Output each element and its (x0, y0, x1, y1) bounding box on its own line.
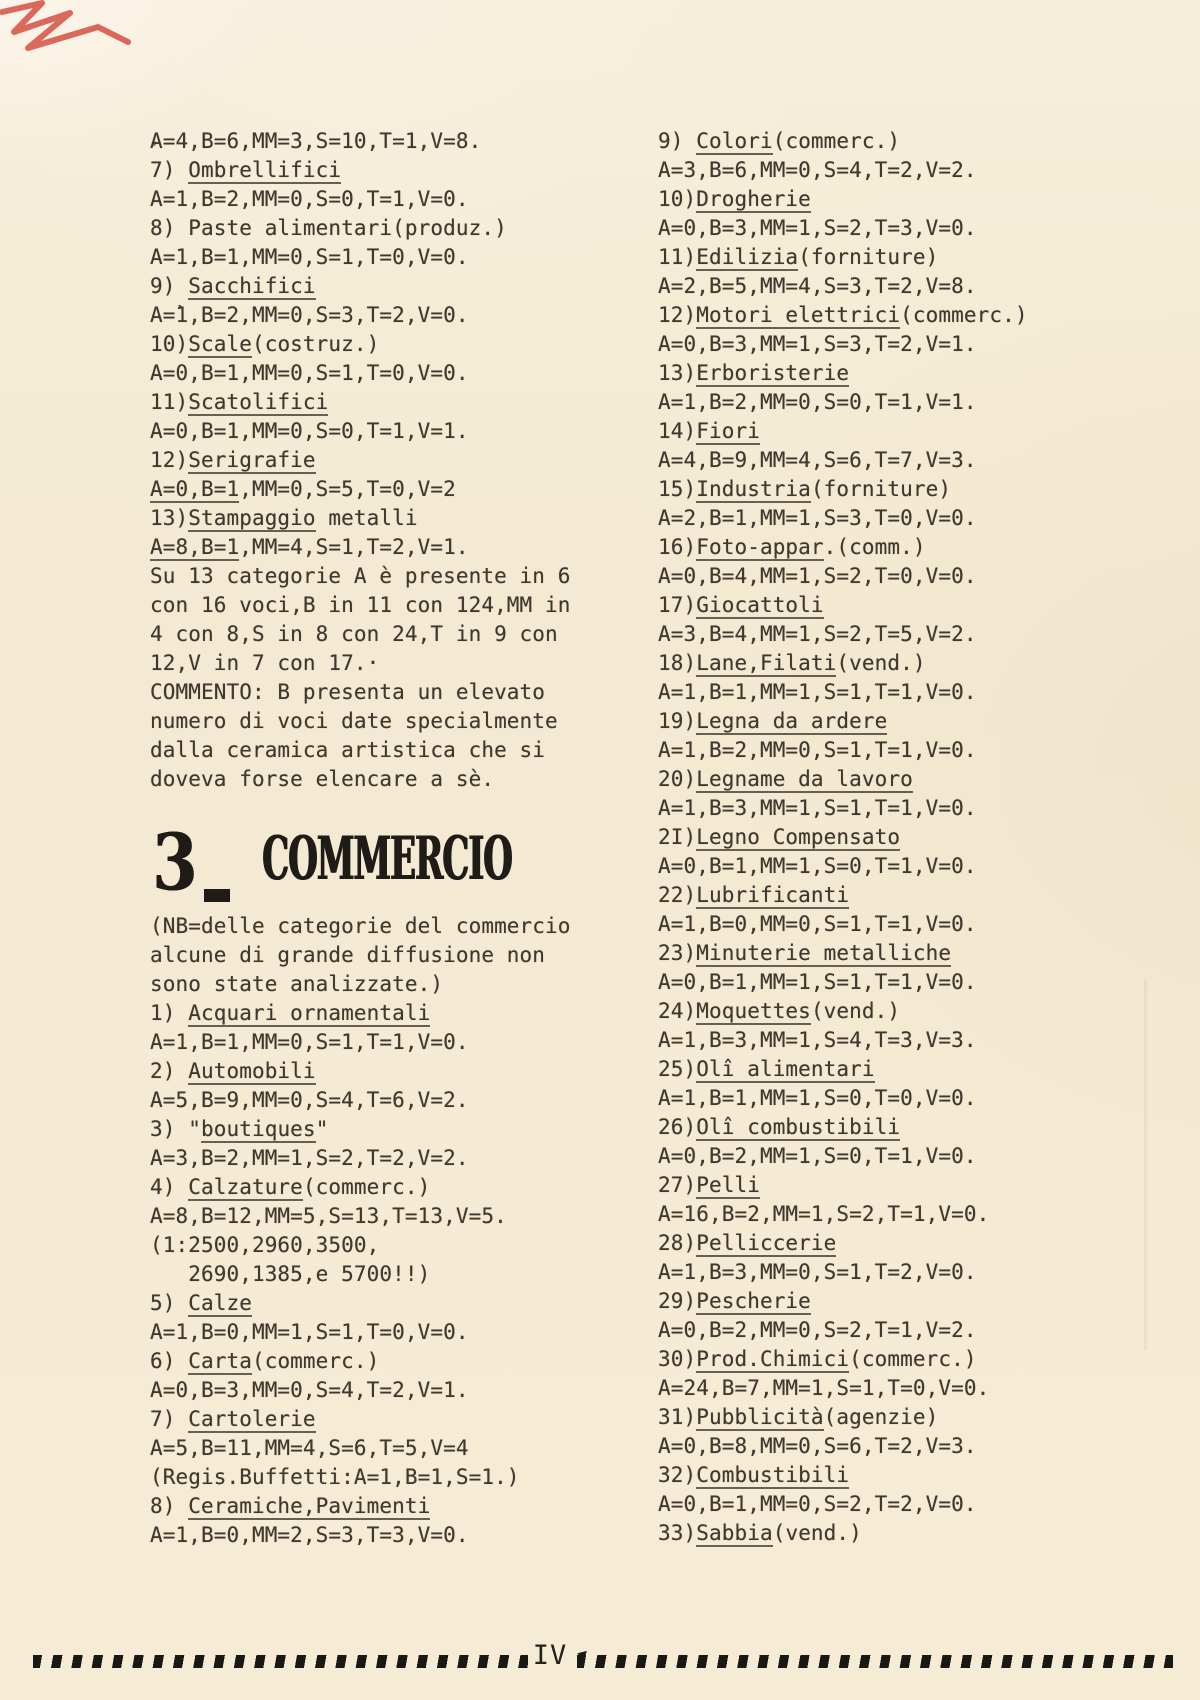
text-line: A=1,B=1,MM=1,S=0,T=0,V=0. (658, 1084, 1168, 1113)
text-line: A=16,B=2,MM=1,S=2,T=1,V=0. (658, 1200, 1168, 1229)
text-line: 33)Sabbia(vend.) (658, 1519, 1168, 1548)
text-line: numero di voci date specialmente (150, 707, 640, 736)
text-line: 32)Combustibili (658, 1461, 1168, 1490)
text-line: 4) Calzature(commerc.) (150, 1173, 640, 1202)
left-column: A=4,B=6,MM=3,S=10,T=1,V=8.7) Ombrellific… (150, 127, 640, 1550)
text-line: 11)Edilizia(forniture) (658, 243, 1168, 272)
text-line: 23)Minuterie metalliche (658, 939, 1168, 968)
red-pen-marks (0, 0, 150, 60)
section-title: COMMERCIO (262, 830, 512, 890)
text-line: (NB=delle categorie del commercio (150, 912, 640, 941)
text-line: 10)Scale(costruz.) (150, 330, 640, 359)
text-line: 13)Erboristerie (658, 359, 1168, 388)
text-line: A=0,B=3,MM=1,S=2,T=3,V=0. (658, 214, 1168, 243)
text-line: A=5,B=9,MM=0,S=4,T=6,V=2. (150, 1086, 640, 1115)
text-line: 6) Carta(commerc.) (150, 1347, 640, 1376)
text-line: A=3,B=4,MM=1,S=2,T=5,V=2. (658, 620, 1168, 649)
text-line: 9) Colori(commerc.) (658, 127, 1168, 156)
text-line: A=0,B=4,MM=1,S=2,T=0,V=0. (658, 562, 1168, 591)
text-line: 25)Olî alimentari (658, 1055, 1168, 1084)
text-line: 8) Ceramiche,Pavimenti (150, 1492, 640, 1521)
text-line: 2I)Legno Compensato (658, 823, 1168, 852)
text-line: A=1,B=3,MM=0,S=1,T=2,V=0. (658, 1258, 1168, 1287)
text-line: A=8,B=12,MM=5,S=13,T=13,V=5. (150, 1202, 640, 1231)
text-line: A=0,B=2,MM=1,S=0,T=1,V=0. (658, 1142, 1168, 1171)
text-line: A=4,B=9,MM=4,S=6,T=7,V=3. (658, 446, 1168, 475)
text-line: A=1,B=3,MM=1,S=1,T=1,V=0. (658, 794, 1168, 823)
industry-stats-block: A=4,B=6,MM=3,S=10,T=1,V=8.7) Ombrellific… (150, 127, 640, 794)
text-line: A=1,B=2,MM=0,S=1,T=1,V=0. (658, 736, 1168, 765)
text-line: A=1,B=0,MM=1,S=1,T=0,V=0. (150, 1318, 640, 1347)
text-line: 11)Scatolifici (150, 388, 640, 417)
text-line: 10)Drogherie (658, 185, 1168, 214)
text-line: 22)Lubrificanti (658, 881, 1168, 910)
text-line: con 16 voci,B in 11 con 124,MM in (150, 591, 640, 620)
text-line: A=1,B=2,MM=0,S=0,T=1,V=0. (150, 185, 640, 214)
text-line: 29)Pescherie (658, 1287, 1168, 1316)
section-number-period (204, 889, 230, 902)
text-line: A=1,B=0,MM=0,S=1,T=1,V=0. (658, 910, 1168, 939)
text-line: A=1,B=0,MM=2,S=3,T=3,V=0. (150, 1521, 640, 1550)
text-line: 27)Pelli (658, 1171, 1168, 1200)
commerce-list-right-block: 9) Colori(commerc.)A=3,B=6,MM=0,S=4,T=2,… (658, 127, 1168, 1548)
text-line: A=1,B=1,MM=1,S=1,T=1,V=0. (658, 678, 1168, 707)
text-line: A=0,B=1,MM=0,S=2,T=2,V=0. (658, 1490, 1168, 1519)
text-line: doveva forse elencare a sè. (150, 765, 640, 794)
text-line: 4 con 8,S in 8 con 24,T in 9 con (150, 620, 640, 649)
text-line: A=5,B=11,MM=4,S=6,T=5,V=4 (150, 1434, 640, 1463)
text-line: A=3,B=6,MM=0,S=4,T=2,V=2. (658, 156, 1168, 185)
text-line: 7) Ombrellifici (150, 156, 640, 185)
text-line: A=2,B=5,MM=4,S=3,T=2,V=8. (658, 272, 1168, 301)
text-line: 26)Olî combustibili (658, 1113, 1168, 1142)
footer-hatch-border-left (33, 1655, 528, 1668)
text-line: 3) "boutiques" (150, 1115, 640, 1144)
text-line: 14)Fiori (658, 417, 1168, 446)
text-line: sono state analizzate.) (150, 970, 640, 999)
text-line: A=0,B=1,MM=1,S=0,T=1,V=0. (658, 852, 1168, 881)
text-line: 2690,1385,e 5700!!) (150, 1260, 640, 1289)
text-line: 8) Paste alimentari(produz.) (150, 214, 640, 243)
text-line: 2) Automobili (150, 1057, 640, 1086)
text-line: 30)Prod.Chimici(commerc.) (658, 1345, 1168, 1374)
text-line: A=0,B=1,MM=0,S=0,T=1,V=1. (150, 417, 640, 446)
text-line: A=0,B=1,MM=0,S=1,T=0,V=0. (150, 359, 640, 388)
text-line: A=0,B=1,MM=0,S=5,T=0,V=2 (150, 475, 640, 504)
text-line: 12)Motori elettrici(commerc.) (658, 301, 1168, 330)
text-line: 28)Pelliccerie (658, 1229, 1168, 1258)
text-line: A=2,B=1,MM=1,S=3,T=0,V=0. (658, 504, 1168, 533)
text-line: 12,V in 7 con 17.· (150, 649, 640, 678)
text-line: A=0,B=2,MM=0,S=2,T=1,V=2. (658, 1316, 1168, 1345)
text-line: 1) Acquari ornamentali (150, 999, 640, 1028)
text-line: 7) Cartolerie (150, 1405, 640, 1434)
text-line: A=1,B=3,MM=1,S=4,T=3,V=3. (658, 1026, 1168, 1055)
text-line: alcune di grande diffusione non (150, 941, 640, 970)
text-line: 5) Calze (150, 1289, 640, 1318)
commerce-list-left-block: (NB=delle categorie del commercioalcune … (150, 912, 640, 1550)
text-line: A=0,B=8,MM=0,S=6,T=2,V=3. (658, 1432, 1168, 1461)
text-line: A=3,B=2,MM=1,S=2,T=2,V=2. (150, 1144, 640, 1173)
text-line: A=24,B=7,MM=1,S=1,T=0,V=0. (658, 1374, 1168, 1403)
text-line: (Regis.Buffetti:A=1,B=1,S=1.) (150, 1463, 640, 1492)
text-line: 9) Sacchifici (150, 272, 640, 301)
page-number: IV (524, 1641, 576, 1670)
text-line: 24)Moquettes(vend.) (658, 997, 1168, 1026)
text-line: A=̀1,B=2,MM=0,S=3,T=2,V=0. (150, 301, 640, 330)
text-line: A=1,B=2,MM=0,S=0,T=1,V=1. (658, 388, 1168, 417)
text-line: 12)Serigrafie (150, 446, 640, 475)
text-line: 13)Stampaggio metalli (150, 504, 640, 533)
text-line: 31)Pubblicità(agenzie) (658, 1403, 1168, 1432)
text-line: 20)Legname da lavoro (658, 765, 1168, 794)
text-line: A=0,B=1,MM=1,S=1,T=1,V=0. (658, 968, 1168, 997)
text-line: 18)Lane,Filati(vend.) (658, 649, 1168, 678)
text-line: A=4,B=6,MM=3,S=10,T=1,V=8. (150, 127, 640, 156)
text-line: Su 13 categorie A è presente in 6 (150, 562, 640, 591)
footer-hatch-border-right (577, 1655, 1173, 1668)
text-line: 17)Giocattoli (658, 591, 1168, 620)
text-line: dalla ceramica artistica che si (150, 736, 640, 765)
text-line: A=0,B=3,MM=0,S=4,T=2,V=1. (150, 1376, 640, 1405)
text-line: (1:2500,2960,3500, (150, 1231, 640, 1260)
right-column: 9) Colori(commerc.)A=3,B=6,MM=0,S=4,T=2,… (658, 127, 1168, 1548)
text-line: 15)Industria(forniture) (658, 475, 1168, 504)
text-line: A=8,B=1,MM=4,S=1,T=2,V=1. (150, 533, 640, 562)
text-line: COMMENTO: B presenta un elevato (150, 678, 640, 707)
text-line: A=1,B=1,MM=0,S=1,T=1,V=0. (150, 1028, 640, 1057)
text-line: A=1,B=1,MM=0,S=1,T=0,V=0. (150, 243, 640, 272)
text-line: 16)Foto-appar.(comm.) (658, 533, 1168, 562)
text-line: A=0,B=3,MM=1,S=3,T=2,V=1. (658, 330, 1168, 359)
text-line: 19)Legna da ardere (658, 707, 1168, 736)
scanned-page: A=4,B=6,MM=3,S=10,T=1,V=8.7) Ombrellific… (0, 0, 1200, 1700)
section-heading: 3 COMMERCIO (150, 827, 640, 912)
section-number: 3 (152, 825, 197, 903)
